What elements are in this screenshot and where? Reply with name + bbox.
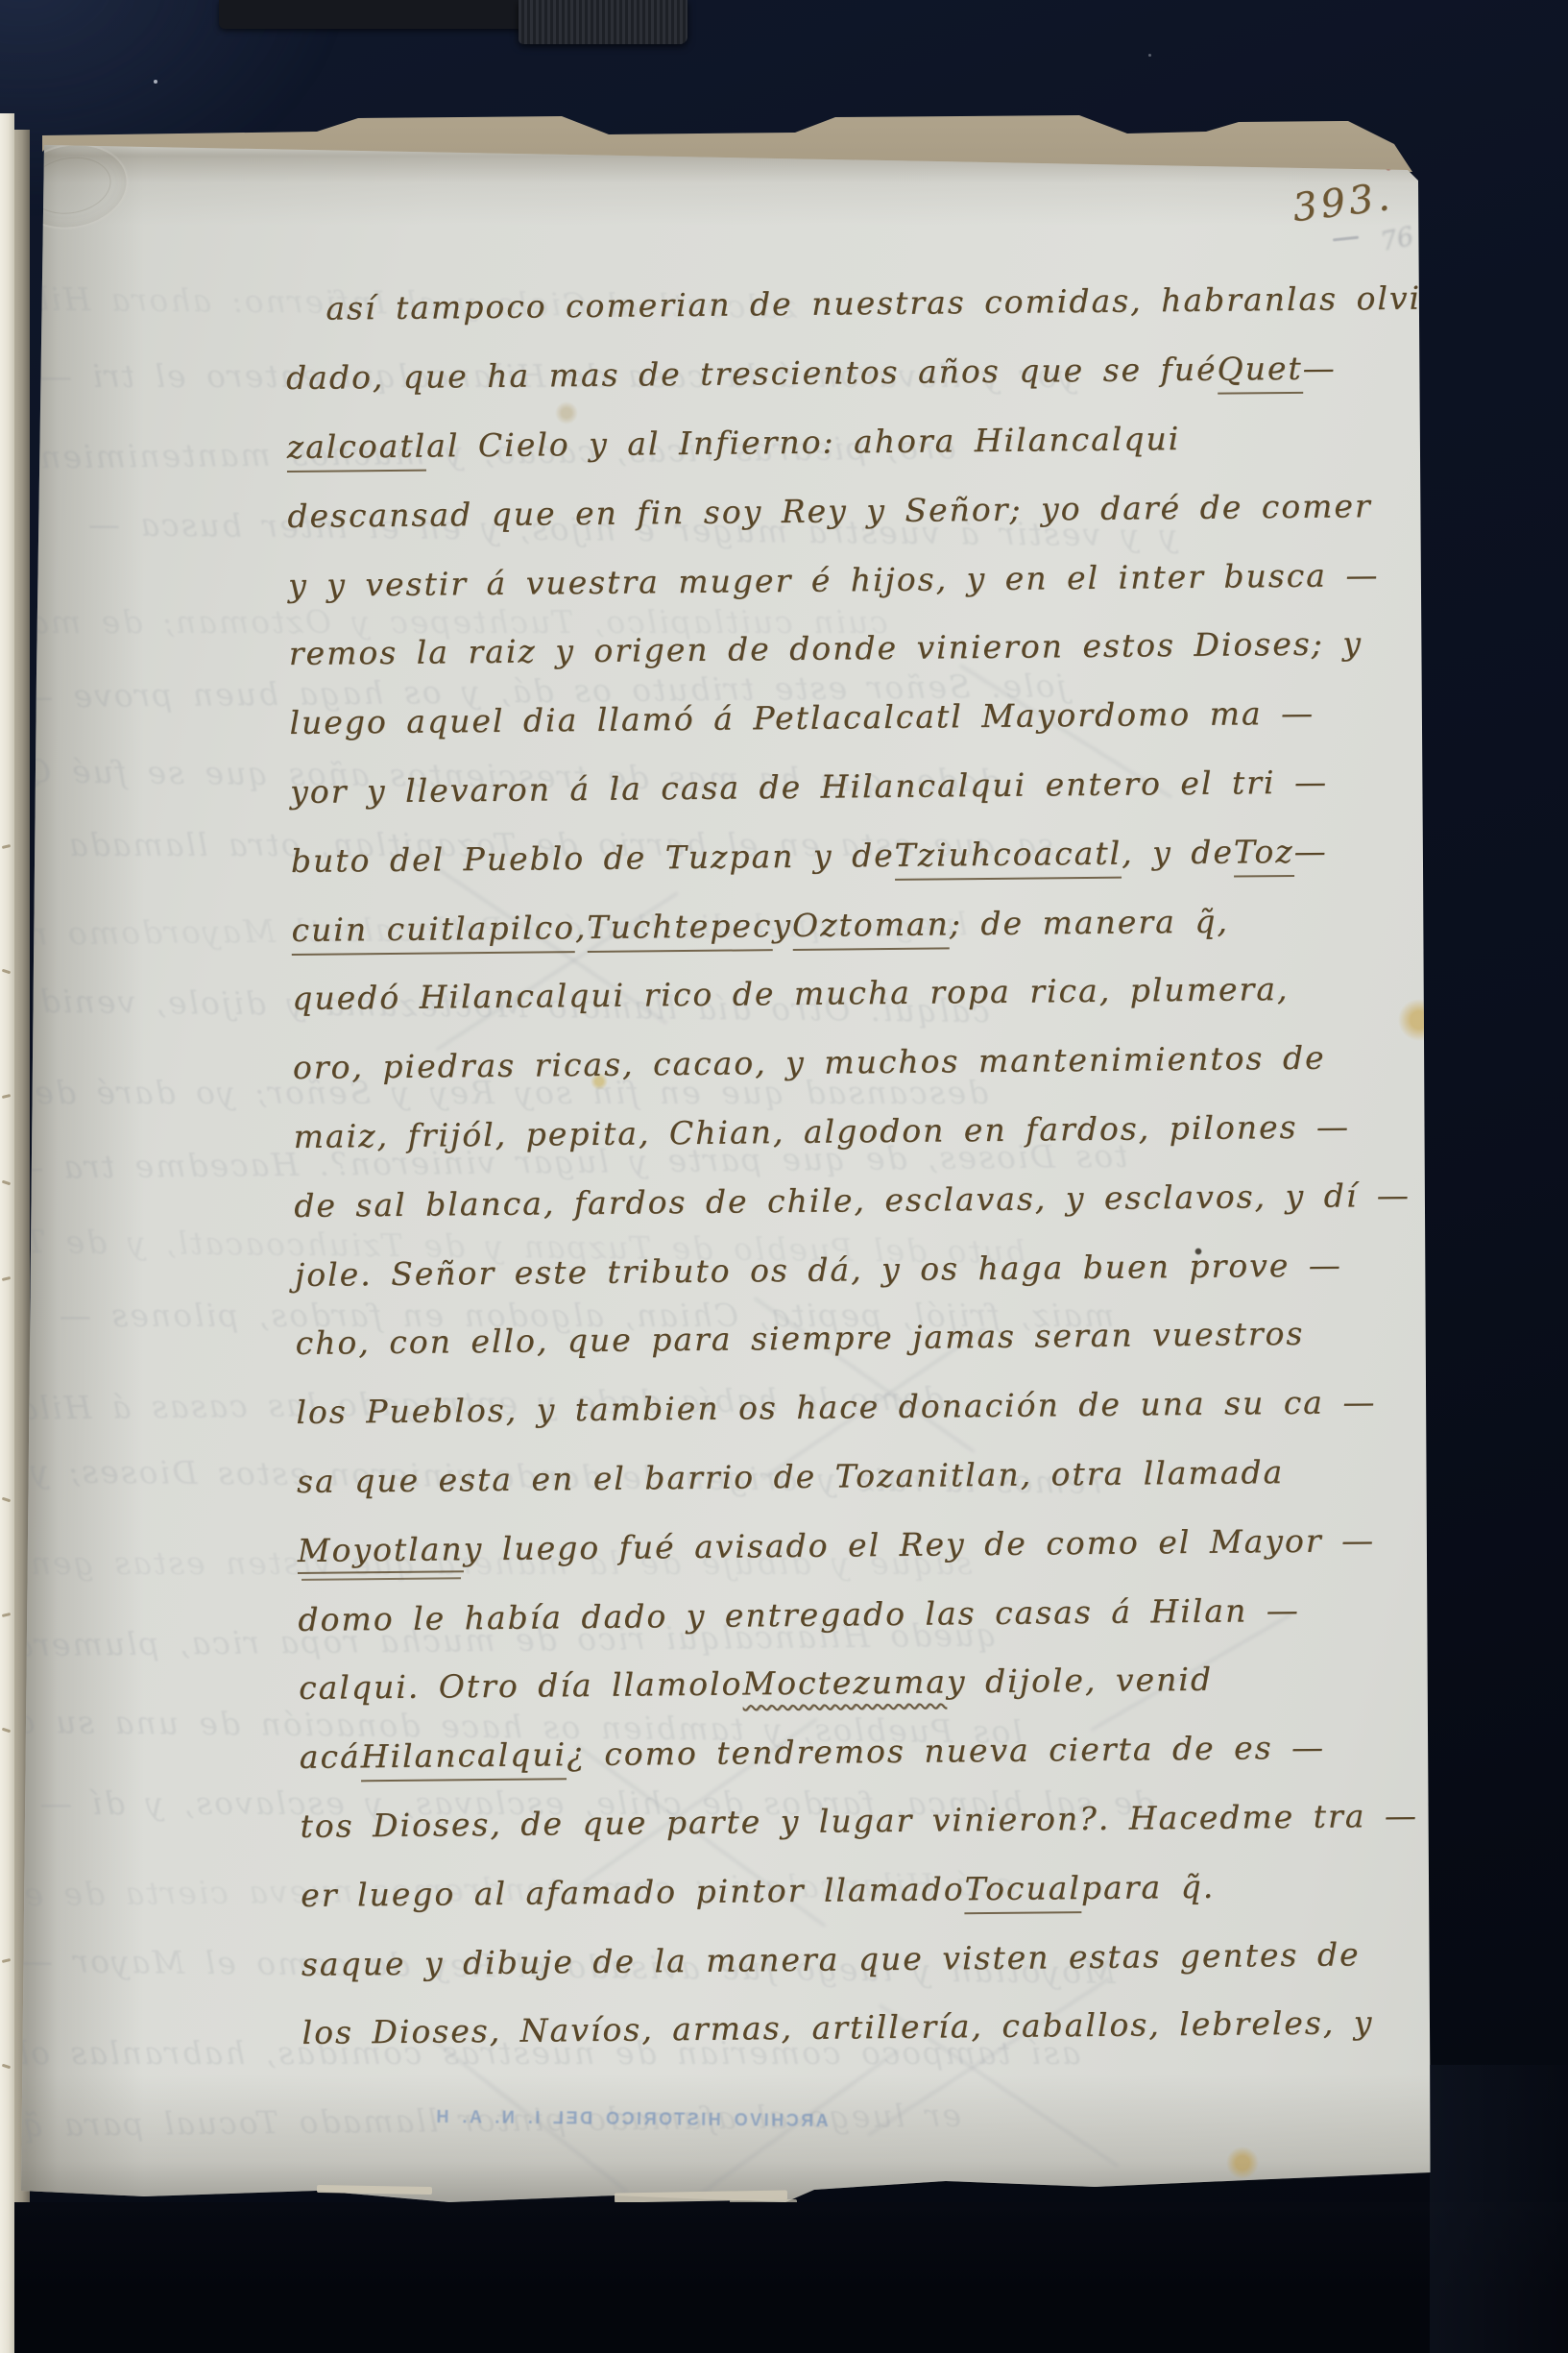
backdrop-bottom: [0, 2202, 1568, 2353]
text-segment: así tampoco comerian de nuestras comidas…: [326, 279, 1474, 327]
text-segment: —: [1302, 350, 1336, 387]
text-segment: maiz, frijól, pepita, Chian, algodon en …: [293, 1107, 1350, 1155]
text-segment: calqui. Otro día llamolo: [299, 1665, 743, 1707]
edge-writing-fragment: [2, 1613, 11, 1617]
manuscript-line: quedó Hilancalqui rico de mucha ropa ric…: [292, 953, 1445, 1032]
manuscript-line: cho, con ello, que para siempre jamas se…: [295, 1298, 1448, 1377]
text-segment: y luego fué avisado el Rey de como el Ma…: [463, 1521, 1375, 1567]
text-segment: y dijole, venid: [947, 1661, 1213, 1701]
edge-writing-fragment: [2, 969, 11, 975]
text-segment: oro, piedras ricas, cacao, y muchos mant…: [293, 1039, 1326, 1086]
text-segment: remos la raiz y origen de donde vinieron…: [289, 625, 1363, 673]
manuscript-line: así tampoco comerian de nuestras comidas…: [285, 263, 1438, 343]
manuscript-line: los Pueblos, y tambien os hace donación …: [296, 1367, 1449, 1446]
text-segment: —: [1293, 832, 1327, 869]
text-segment: y: [772, 907, 792, 944]
pencil-mark-dash: [1333, 236, 1359, 242]
text-segment: ; de manera q̃,: [950, 902, 1229, 942]
text-segment: quedó Hilancalqui rico de mucha ropa ric…: [292, 970, 1290, 1017]
page-number: 393.: [1291, 175, 1396, 230]
archive-stamp-mirrored: ARCHIVO HISTORICO DEL I. N. A. H: [434, 2107, 829, 2131]
text-segment: descansad que en fin soy Rey y Señor; yo…: [287, 487, 1372, 535]
manuscript-line: Moyotlan y luego fué avisado el Rey de c…: [297, 1505, 1450, 1585]
torn-edge-fragment: [317, 2185, 432, 2195]
photo-of-manuscript-page: zalcoatl al Cielo y al Infierno: ahora H…: [0, 0, 1568, 2353]
edge-writing-fragment: [2, 1728, 11, 1734]
text-segment: los Pueblos, y tambien os hace donación …: [296, 1383, 1376, 1431]
text-segment: los Dioses, Navíos, armas, artillería, c…: [302, 2004, 1373, 2052]
strap-knit-texture: [519, 0, 688, 44]
manuscript-line: tos Dioses, de que parte y lugar viniero…: [300, 1781, 1453, 1860]
underlined-name: Hilancalqui: [360, 1735, 567, 1783]
text-segment: al Cielo y al Infierno: ahora Hilancalqu…: [426, 420, 1180, 465]
text-segment: dado, que ha mas de trescientos años que…: [286, 351, 1218, 397]
text-segment: tos Dioses, de que parte y lugar viniero…: [300, 1797, 1418, 1845]
manuscript-text: así tampoco comerian de nuestras comidas…: [285, 263, 1455, 2067]
pencil-mark: 76: [1378, 222, 1416, 257]
underlined-name: Tuchtepec: [587, 907, 772, 955]
manuscript-line: de sal blanca, fardos de chile, esclavas…: [294, 1160, 1447, 1240]
manuscript-line: oro, piedras ricas, cacao, y muchos mant…: [293, 1022, 1446, 1102]
text-segment: saque y dibuje de la manera que visten e…: [302, 1935, 1361, 1983]
edge-writing-fragment: [2, 2064, 11, 2070]
manuscript-line: buto del Pueblo de Tuzpan y de Tziuhcoac…: [291, 815, 1444, 895]
edge-writing-fragment: [2, 1958, 11, 1963]
manuscript-line: zalcoatl al Cielo y al Infierno: ahora H…: [286, 401, 1439, 481]
text-segment: de sal blanca, fardos de chile, esclavas…: [294, 1176, 1411, 1225]
text-segment: , y de: [1122, 833, 1234, 871]
edge-writing-fragment: [2, 1180, 11, 1186]
underlined-name: Moctezuma: [742, 1663, 947, 1703]
manuscript-line: jole. Señor este tributo os dá, y os hag…: [295, 1229, 1448, 1309]
underlined-name: Toz: [1234, 833, 1294, 880]
manuscript-line: cuin cuitlapilco, Tuchtepec y Oztoman; d…: [291, 885, 1444, 964]
text-segment: y y vestir á vuestra muger é hijos, y en…: [288, 556, 1380, 604]
adjacent-page-edge: [0, 113, 14, 2353]
underlined-name: Moyotlan: [298, 1530, 464, 1581]
manuscript-line: yor y llevaron á la casa de Hilancalqui …: [290, 746, 1443, 826]
text-segment: luego aquel dia llamó á Petlacalcatl May…: [289, 694, 1315, 741]
manuscript-line: dado, que ha mas de trescientos años que…: [286, 332, 1439, 412]
edge-writing-fragment: [2, 1497, 11, 1503]
underlined-name: Tocual: [964, 1869, 1081, 1916]
backdrop-seam: [1430, 2065, 1568, 2353]
manuscript-line: sa que esta en el barrio de Tozanitlan, …: [297, 1436, 1450, 1516]
text-segment: ,: [575, 909, 588, 946]
edge-writing-fragment: [2, 1276, 11, 1281]
manuscript-line: remos la raiz y origen de donde vinieron…: [288, 608, 1441, 688]
manuscript-line: domo le había dado y entregado las casas…: [298, 1574, 1451, 1654]
manuscript-line: descansad que en fin soy Rey y Señor; yo…: [287, 471, 1440, 550]
underlined-name: Oztoman: [792, 905, 950, 953]
text-segment: yor y llevaron á la casa de Hilancalqui …: [290, 764, 1328, 811]
manuscript-page: zalcoatl al Cielo y al Infierno: ahora H…: [0, 0, 1568, 2353]
manuscript-line: maiz, frijól, pepita, Chian, algodon en …: [293, 1091, 1446, 1171]
text-segment: domo le había dado y entregado las casas…: [298, 1590, 1300, 1637]
manuscript-line: saque y dibuje de la manera que visten e…: [302, 1919, 1455, 1999]
manuscript-line: luego aquel dia llamó á Petlacalcatl May…: [289, 677, 1442, 757]
text-segment: acá: [300, 1737, 361, 1776]
manuscript-line: er luego al afamado pintor llamado Tocua…: [301, 1850, 1454, 1929]
manuscript-line: y y vestir á vuestra muger é hijos, y en…: [288, 540, 1441, 619]
underlined-name: Tziuhcoacatl: [894, 834, 1122, 882]
dust-speck: [154, 80, 157, 84]
text-segment: para q̃.: [1081, 1868, 1216, 1906]
dust-speck: [1148, 54, 1151, 57]
text-segment: buto del Pueblo de Tuzpan y de: [291, 837, 895, 880]
fastening-strap: [219, 0, 536, 29]
manuscript-line: calqui. Otro día llamolo Moctezuma y dij…: [299, 1642, 1452, 1722]
text-segment: ¿ como tendremos nueva cierta de es —: [567, 1729, 1325, 1774]
text-segment: jole. Señor este tributo os dá, y os hag…: [295, 1246, 1342, 1293]
edge-writing-fragment: [2, 844, 11, 849]
text-segment: sa que esta en el barrio de Tozanitlan, …: [297, 1453, 1284, 1500]
manuscript-line: acá Hilancalqui ¿ como tendremos nueva c…: [299, 1711, 1452, 1791]
underlined-name: zalcoatl: [287, 427, 427, 474]
underlined-name: Quet: [1217, 350, 1303, 397]
underlined-name: cuin cuitlapilco: [291, 909, 575, 958]
edge-writing-fragment: [2, 1094, 11, 1099]
text-segment: cho, con ello, que para siempre jamas se…: [295, 1315, 1304, 1362]
text-segment: er luego al afamado pintor llamado: [301, 1870, 965, 1914]
manuscript-line: los Dioses, Navíos, armas, artillería, c…: [302, 1987, 1455, 2067]
